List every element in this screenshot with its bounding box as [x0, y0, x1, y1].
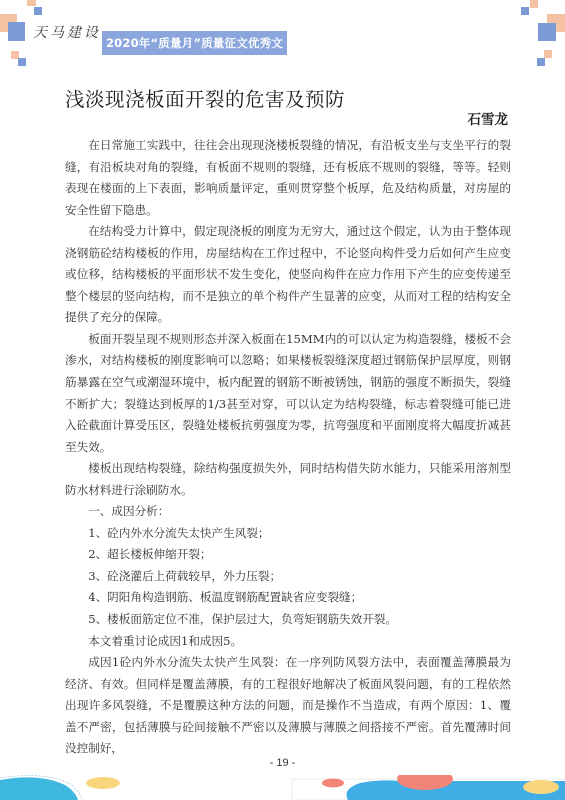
article-author: 石雪龙	[468, 108, 509, 128]
list-item: 5、楼板面筋定位不准，保护层过大，负弯矩钢筋失效开裂。	[65, 609, 511, 631]
list-item: 2、超长楼板伸缩开裂；	[65, 544, 511, 566]
decor-square	[544, 50, 552, 58]
decor-square	[538, 23, 556, 41]
list-item: 4、阴阳角构造钢筋、板温度钢筋配置缺省应变裂缝；	[65, 587, 511, 609]
decor-square	[34, 7, 42, 15]
decor-square	[27, 0, 36, 6]
decor-square	[537, 58, 545, 66]
article-body: 在日常施工实践中，往往会出现现浇楼板裂缝的情况，有沿板支坐与支坐平行的裂缝，有沿…	[65, 135, 511, 760]
page-number: - 19 -	[0, 757, 565, 769]
decor-square	[521, 7, 529, 15]
decor-square	[8, 22, 25, 41]
footer-decoration	[0, 775, 565, 800]
decor-square	[530, 0, 538, 8]
list-item: 3、砼浇灌后上荷载较早，外力压裂；	[65, 566, 511, 588]
paragraph: 楼板出现结构裂缝，除结构强度损失外，同时结构借失防水能力，只能采用溶剂型防水材料…	[65, 458, 511, 501]
brand-logo-text: 天马建设	[33, 22, 101, 42]
section-heading: 一、成因分析：	[65, 501, 511, 523]
paragraph: 在日常施工实践中，往往会出现现浇楼板裂缝的情况，有沿板支坐与支坐平行的裂缝，有沿…	[65, 135, 511, 221]
section-badge: 2020年“质量月”质量征文优秀文章	[102, 31, 287, 55]
paragraph: 板面开裂呈现不规则形态并深入板面在15MM内的可以认定为构造裂缝，楼板不会渗水，…	[65, 329, 511, 458]
article-title: 浅淡现浇板面开裂的危害及预防	[65, 84, 345, 112]
paragraph: 成因1砼内外水分流失太快产生风裂：在一序列防风裂方法中，表面覆盖薄膜最为经济、有…	[65, 652, 511, 760]
list-item: 1、砼内外水分流失太快产生风裂；	[65, 523, 511, 545]
paragraph: 在结构受力计算中，假定现浇板的刚度为无穷大，通过这个假定，认为由于整体现浇钢筋砼…	[65, 221, 511, 329]
paragraph: 本文着重讨论成因1和成因5。	[65, 631, 511, 653]
decor-square	[18, 58, 26, 66]
